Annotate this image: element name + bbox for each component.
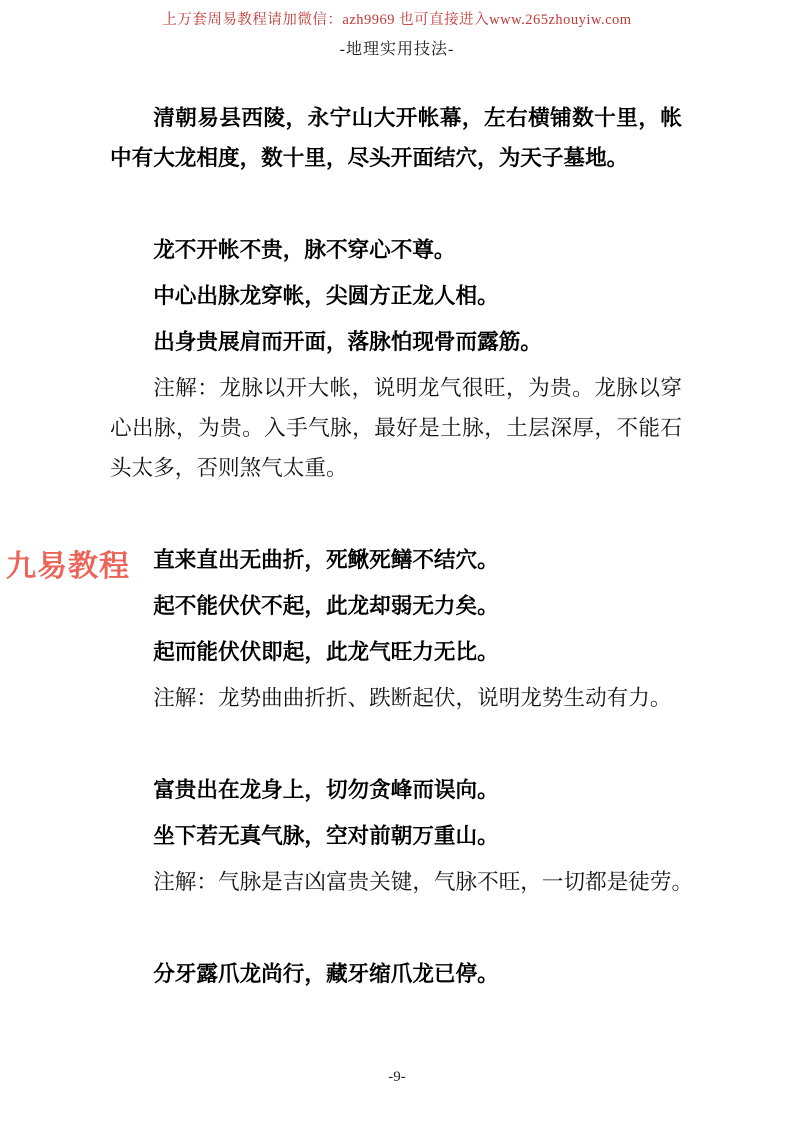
annotation-paragraph: 注解：龙脉以开大帐，说明龙气很旺，为贵。龙脉以穿心出脉，为贵。入手气脉，最好是土… [110, 368, 682, 488]
page-number: -9- [0, 1069, 794, 1086]
document-title: -地理实用技法- [0, 36, 794, 59]
document-page: 上万套周易教程请加微信：azh9969 也可直接进入www.265zhouyiw… [0, 0, 794, 1123]
verse-line: 龙不开帐不贵，脉不穿心不尊。 [110, 230, 682, 270]
annotation-paragraph: 注解：龙势曲曲折折、跌断起伏，说明龙势生动有力。 [110, 678, 682, 718]
body-text: 清朝易县西陵，永宁山大开帐幕，左右横铺数十里，帐中有大龙相度，数十里，尽头开面结… [110, 98, 682, 1000]
verse-line: 坐下若无真气脉，空对前朝万重山。 [110, 816, 682, 856]
verse-line: 中心出脉龙穿帐，尖圆方正龙人相。 [110, 276, 682, 316]
opening-paragraph: 清朝易县西陵，永宁山大开帐幕，左右横铺数十里，帐中有大龙相度，数十里，尽头开面结… [110, 98, 682, 178]
verse-line: 起不能伏伏不起，此龙却弱无力矣。 [110, 586, 682, 626]
verse-line: 出身贵展肩而开面，落脉怕现骨而露筋。 [110, 322, 682, 362]
verse-line: 富贵出在龙身上，切勿贪峰而误向。 [110, 770, 682, 810]
verse-line: 起而能伏伏即起，此龙气旺力无比。 [110, 632, 682, 672]
annotation-paragraph: 注解：气脉是吉凶富贵关键，气脉不旺，一切都是徒劳。 [110, 862, 682, 902]
verse-line: 分牙露爪龙尚行，藏牙缩爪龙已停。 [110, 954, 682, 994]
header-promo-text: 上万套周易教程请加微信：azh9969 也可直接进入www.265zhouyiw… [0, 8, 794, 29]
verse-line: 直来直出无曲折，死鳅死鳝不结穴。 [110, 540, 682, 580]
